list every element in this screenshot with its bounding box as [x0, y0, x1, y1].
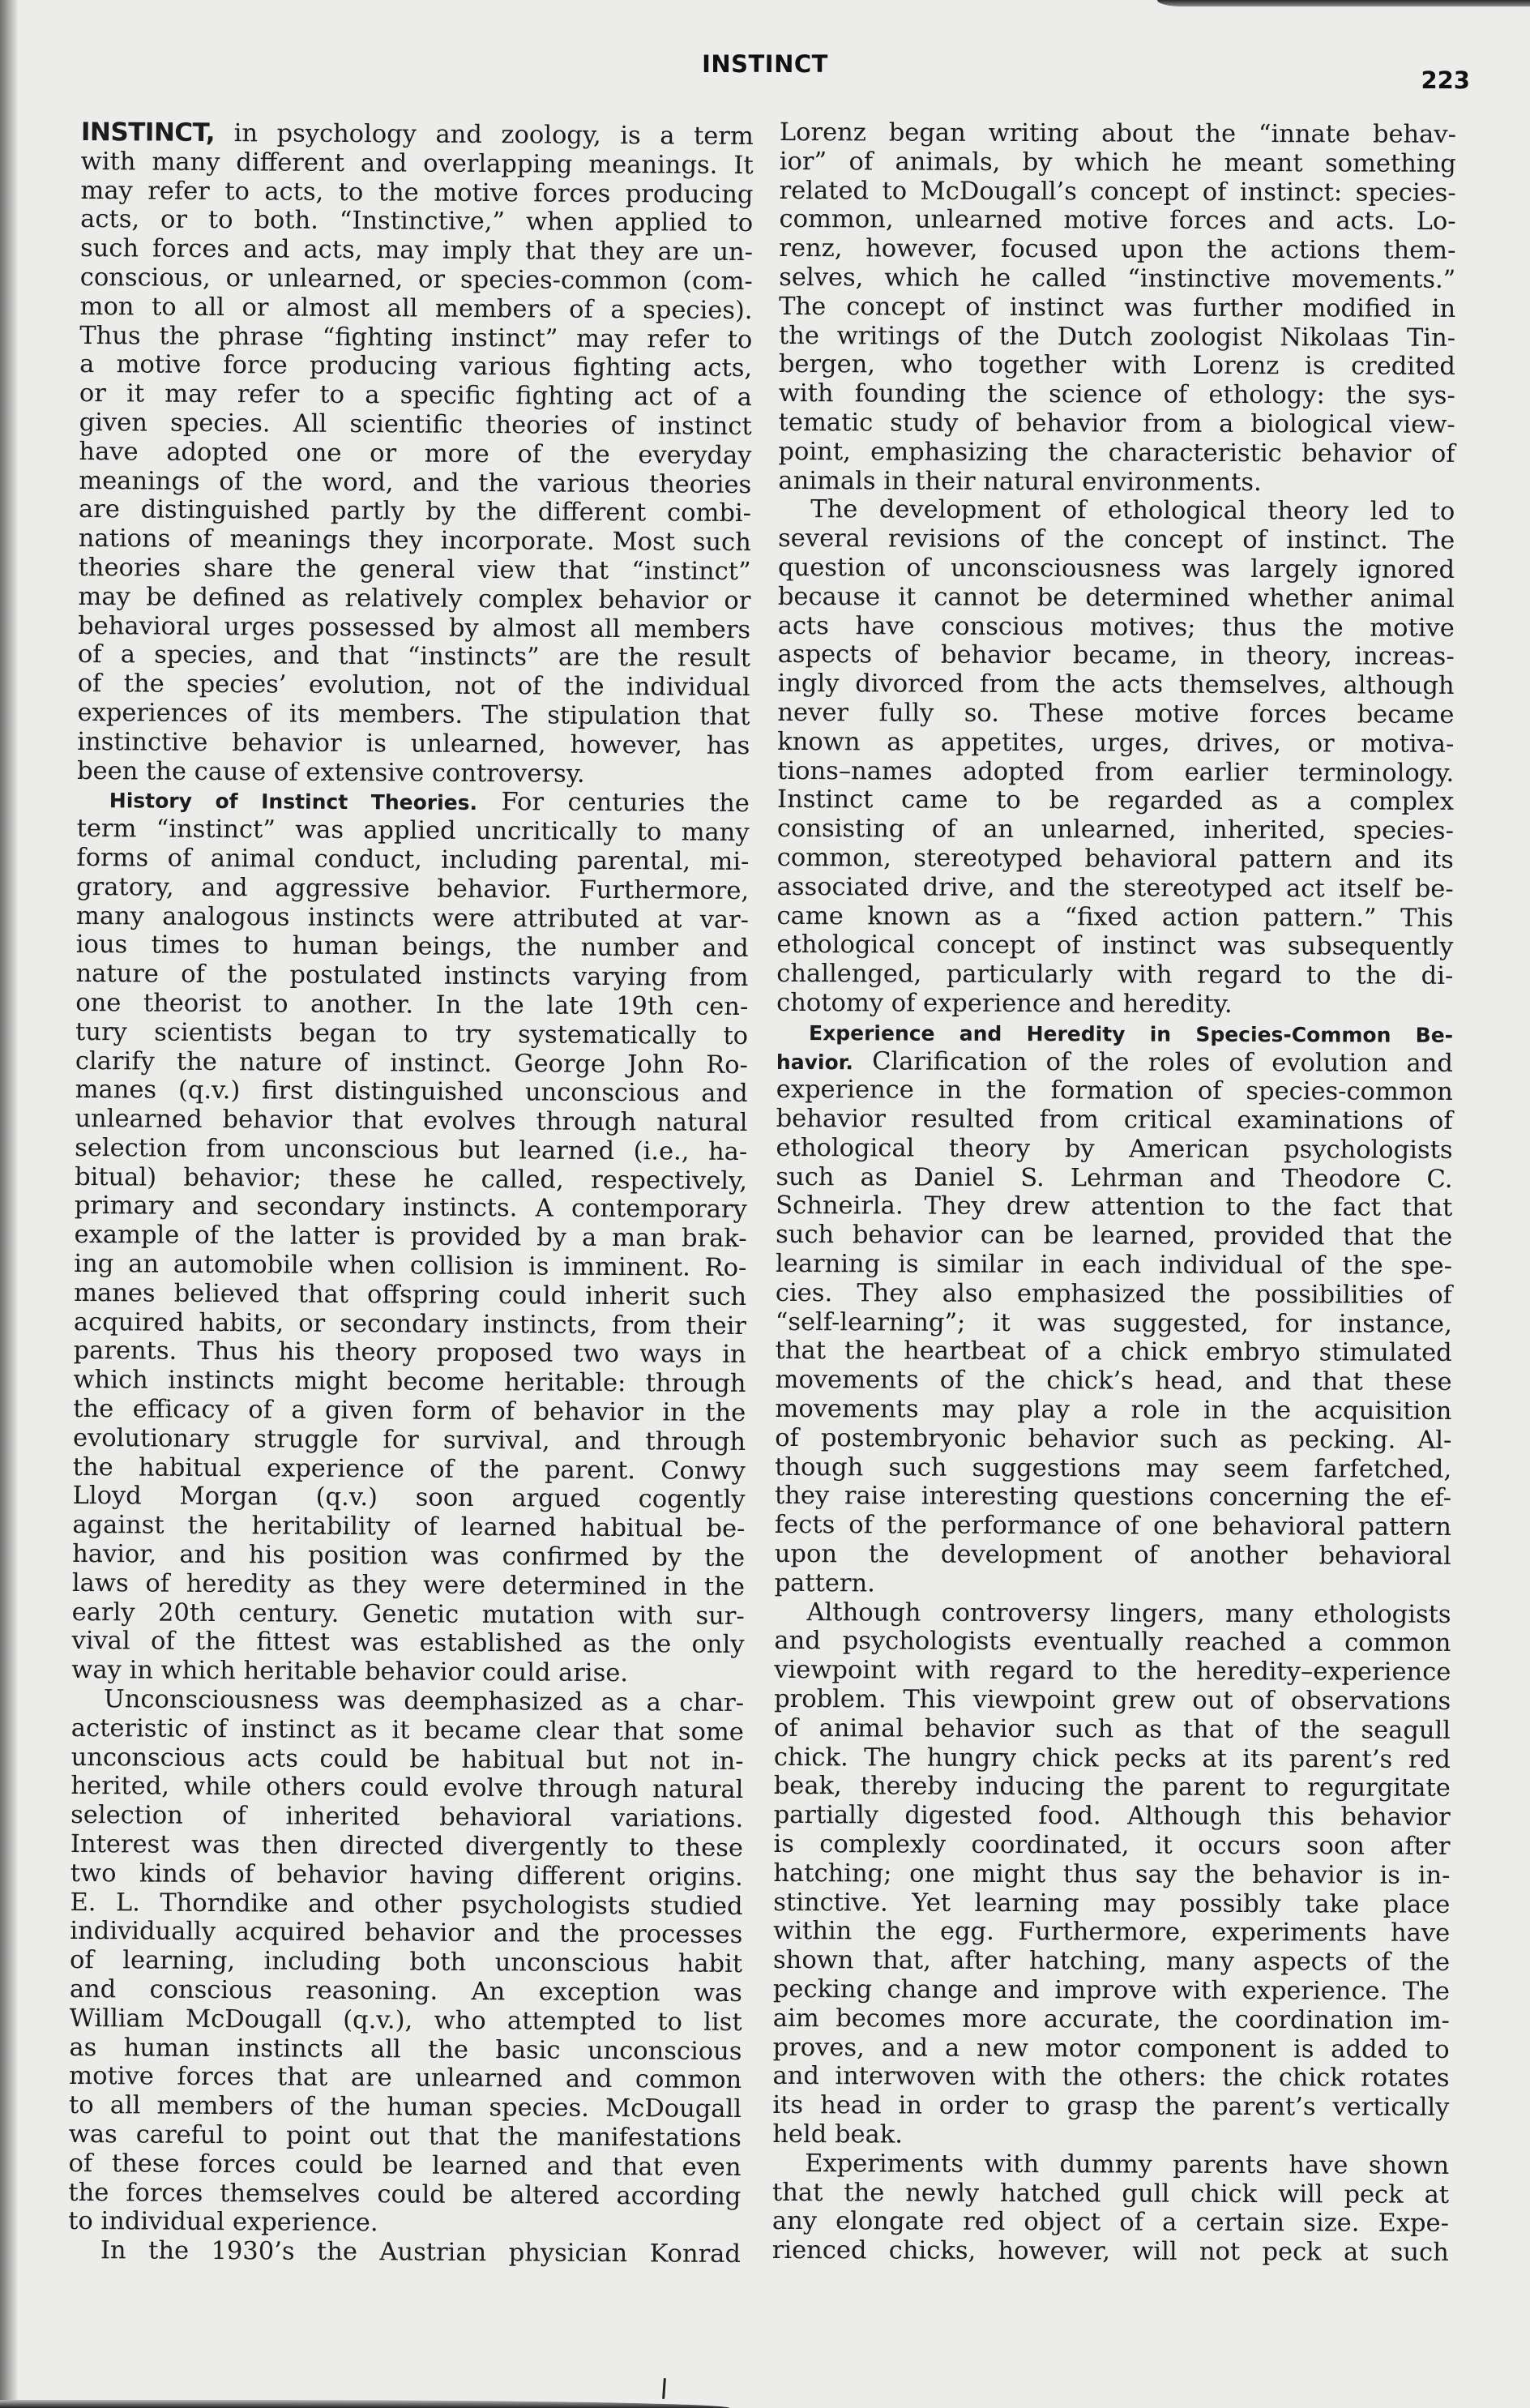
line-text: Interest was then directed divergently t… [71, 1830, 743, 1863]
text-line: chick. The hungry chick pecks at its par… [774, 1743, 1451, 1775]
line-text: cies. They also emphasized the possibili… [776, 1279, 1452, 1310]
text-line: rienced chicks, however, will not peck a… [772, 2236, 1449, 2268]
text-line: movements may play a role in the acquisi… [775, 1395, 1451, 1426]
text-line: Experience and Heredity in Species-Commo… [776, 1018, 1453, 1050]
text-line: evolutionary struggle for survival, and … [73, 1424, 746, 1457]
text-line: Thus the phrase “fighting instinct” may … [79, 322, 752, 355]
text-line: behavior resulted from critical examinat… [776, 1105, 1453, 1136]
text-line: forms of animal conduct, including paren… [76, 844, 749, 877]
text-line: stinctive. Yet learning may possibly tak… [773, 1888, 1450, 1920]
line-text: Lloyd Morgan (q.v.) soon argued cogently [73, 1482, 746, 1514]
text-line: may be defined as relatively complex beh… [78, 583, 750, 616]
line-text: consisting of an unlearned, inherited, s… [777, 815, 1454, 845]
line-text: came known as a “fixed action pattern.” … [777, 902, 1454, 933]
text-line: that the newly hatched gull chick will p… [772, 2179, 1449, 2210]
text-line: animals in their natural environments. [778, 467, 1455, 498]
line-text: In the 1930’s the Austrian physician Kon… [100, 2236, 741, 2269]
text-line: are distinguished partly by the differen… [79, 495, 751, 528]
text-line: tematic study of behavior from a biologi… [779, 408, 1455, 440]
line-text: common, stereotyped behavioral pattern a… [777, 844, 1454, 875]
section-subheading: havior. [776, 1050, 853, 1073]
line-text: hatching; one might thus say the behavio… [773, 1859, 1450, 1890]
line-text: of the species’ evolution, not of the in… [78, 669, 750, 702]
text-line: Although controversy lingers, many ethol… [775, 1598, 1451, 1630]
text-line: of postembryonic behavior such as peckin… [775, 1424, 1451, 1456]
line-text: fects of the performance of one behavior… [775, 1511, 1451, 1542]
line-text: many analogous instincts were attributed… [76, 901, 749, 934]
line-text: instinctive behavior is unlearned, howev… [77, 728, 750, 760]
text-line: learning is similar in each individual o… [776, 1250, 1452, 1281]
text-line: common, unlearned motive forces and acts… [780, 205, 1456, 237]
line-text: example of the latter is provided by a m… [74, 1221, 746, 1253]
line-text: proves, and a new motor component is add… [773, 2034, 1450, 2064]
text-line: aspects of behavior became, in theory, i… [778, 640, 1455, 672]
text-line: manes (q.v.) first distinguished unconsc… [75, 1076, 748, 1109]
text-line: instinctive behavior is unlearned, howev… [77, 728, 750, 761]
line-text: any elongate red object of a certain siz… [772, 2207, 1449, 2238]
text-line: nature of the postulated instincts varyi… [75, 960, 748, 993]
left-column: INSTINCT, in psychology and zoology, is … [68, 118, 754, 2269]
line-text: acts have conscious motives; thus the mo… [778, 612, 1455, 643]
line-text: never fully so. These motive forces beca… [777, 699, 1454, 729]
text-line: Unconsciousness was deemphasized as a ch… [71, 1685, 744, 1718]
text-line: because it cannot be determined whether … [778, 583, 1455, 614]
text-line: laws of heredity as they were determined… [72, 1569, 745, 1602]
line-text: havior, and his position was confirmed b… [72, 1540, 745, 1572]
line-text: which instincts might become heritable: … [73, 1366, 746, 1398]
line-text: way in which heritable behavior could ar… [71, 1656, 628, 1687]
line-text: of these forces could be learned and tha… [68, 2149, 741, 2182]
line-text: experience in the formation of species-c… [776, 1076, 1453, 1106]
line-text: shown that, after hatching, many aspects… [773, 1946, 1450, 1977]
text-line: problem. This viewpoint grew out of obse… [774, 1685, 1451, 1717]
line-text: the forces themselves could be altered a… [68, 2179, 741, 2211]
text-line: of a species, and that “instincts” are t… [78, 640, 750, 674]
text-line: conscious, or unlearned, or species-comm… [80, 263, 753, 297]
text-line: selves, which he called “instinctive mov… [779, 263, 1455, 295]
text-line: ingly divorced from the acts themselves,… [778, 669, 1455, 701]
text-line: renz, however, focused upon the actions … [779, 234, 1455, 266]
text-line: partially digested food. Although this b… [774, 1801, 1451, 1833]
line-text: aspects of behavior became, in theory, i… [778, 640, 1455, 671]
text-line: its head in order to grasp the parent’s … [772, 2091, 1449, 2123]
line-text: early 20th century. Genetic mutation wit… [72, 1598, 745, 1631]
line-text: in psychology and zoology, is a term [215, 119, 754, 151]
text-line: pecking change and improve with experien… [773, 1975, 1450, 2007]
text-line: nations of meanings they incorporate. Mo… [79, 524, 751, 558]
text-line: The concept of instinct was further modi… [779, 293, 1455, 324]
line-text: of postembryonic behavior such as peckin… [775, 1424, 1451, 1455]
line-text: such as Daniel S. Lehrman and Theodore C… [776, 1163, 1452, 1194]
text-line: such as Daniel S. Lehrman and Theodore C… [776, 1163, 1452, 1195]
line-text: renz, however, focused upon the actions … [779, 234, 1455, 265]
text-line: experience in the formation of species-c… [776, 1076, 1453, 1107]
line-text: ethological theory by American psycholog… [776, 1134, 1453, 1165]
text-line: such forces and acts, may imply that the… [80, 234, 753, 267]
text-line: ing an automobile when collision is immi… [74, 1250, 746, 1283]
text-line: given species. All scientific theories o… [79, 408, 752, 442]
page-number: 223 [1421, 66, 1470, 94]
text-line: Instinct came to be regarded as a comple… [777, 785, 1454, 817]
line-text: experiences of its members. The stipulat… [77, 699, 750, 731]
line-text: conscious, or unlearned, or species-comm… [80, 263, 753, 296]
text-line: of these forces could be learned and tha… [68, 2149, 741, 2183]
text-line: hatching; one might thus say the behavio… [773, 1859, 1450, 1891]
text-line: related to McDougall’s concept of instin… [780, 177, 1456, 208]
line-text: bergen, who together with Lorenz is cred… [779, 350, 1455, 381]
line-text: though such suggestions may seem farfetc… [775, 1453, 1451, 1484]
line-text: unconscious acts could be habitual but n… [71, 1743, 744, 1776]
line-text: The concept of instinct was further modi… [779, 293, 1455, 323]
text-line: example of the latter is provided by a m… [74, 1221, 746, 1254]
text-line: behavioral urges possessed by almost all… [78, 612, 750, 645]
line-text: rienced chicks, however, will not peck a… [772, 2236, 1449, 2267]
text-line: tions–names adopted from earlier termino… [777, 757, 1454, 789]
text-line: theories share the general view that “in… [79, 554, 751, 587]
line-text: nature of the postulated instincts varyi… [75, 960, 748, 992]
line-text: against the heritability of learned habi… [72, 1511, 745, 1543]
line-text: as human instincts all the basic unconsc… [69, 2034, 741, 2066]
line-text: and interwoven with the others: the chic… [773, 2062, 1450, 2093]
text-line: consisting of an unlearned, inherited, s… [777, 815, 1454, 846]
text-line: the forces themselves could be altered a… [68, 2179, 741, 2212]
text-line: to individual experience. [68, 2207, 741, 2240]
text-line: with founding the science of ethology: t… [779, 379, 1455, 411]
line-text: Although controversy lingers, many ethol… [807, 1598, 1451, 1629]
line-text: selection from unconscious but learned (… [75, 1134, 747, 1166]
line-text: problem. This viewpoint grew out of obse… [774, 1685, 1451, 1716]
text-line: selection of inherited behavioral variat… [71, 1801, 743, 1834]
line-text: they raise interesting questions concern… [775, 1482, 1451, 1512]
text-line: In the 1930’s the Austrian physician Kon… [68, 2236, 741, 2269]
line-text: nations of meanings they incorporate. Mo… [79, 524, 751, 557]
line-text: and psychologists eventually reached a c… [774, 1627, 1451, 1657]
line-text: are distinguished partly by the differen… [79, 495, 751, 528]
running-head: INSTINCT [0, 50, 1530, 78]
line-text: Unconsciousness was deemphasized as a ch… [104, 1685, 744, 1717]
line-text: upon the development of another behavior… [775, 1540, 1451, 1571]
text-line: of animal behavior such as that of the s… [774, 1714, 1451, 1746]
line-text: Schneirla. They drew attention to the fa… [776, 1191, 1452, 1222]
text-line: Lloyd Morgan (q.v.) soon argued cogently [73, 1482, 746, 1515]
text-line: fects of the performance of one behavior… [775, 1511, 1451, 1542]
text-line: may refer to acts, to the motive forces … [80, 177, 753, 210]
line-text: ethological concept of instinct was subs… [776, 930, 1453, 961]
text-line: beak, thereby inducing the parent to reg… [774, 1772, 1451, 1803]
line-text: behavior resulted from critical examinat… [776, 1105, 1453, 1136]
text-line: point, emphasizing the characteristic be… [779, 438, 1455, 469]
text-line: held beak. [772, 2120, 1449, 2152]
line-text: evolutionary struggle for survival, and … [73, 1424, 746, 1456]
text-line: bitual) behavior; these he called, respe… [75, 1163, 747, 1196]
text-line: acts, or to both. “Instinctive,” when ap… [80, 205, 753, 238]
text-line: way in which heritable behavior could ar… [71, 1656, 744, 1689]
text-line: meanings of the word, and the various th… [79, 467, 751, 500]
line-text: vival of the fittest was established as … [71, 1627, 744, 1659]
text-line: The development of ethological theory le… [778, 495, 1455, 527]
text-line: manes believed that offspring could inhe… [74, 1279, 746, 1312]
line-text: herited, while others could evolve throu… [71, 1772, 743, 1804]
line-text: aim becomes more accurate, the coordinat… [773, 2004, 1450, 2035]
line-text: The development of ethological theory le… [810, 495, 1455, 526]
text-line: selection from unconscious but learned (… [75, 1134, 747, 1167]
line-text: is complexly coordinated, it occurs soon… [774, 1830, 1451, 1861]
text-line: within the egg. Furthermore, experiments… [773, 1917, 1450, 1948]
line-text: within the egg. Furthermore, experiments… [773, 1917, 1450, 1948]
line-text: laws of heredity as they were determined… [72, 1569, 745, 1602]
text-line: shown that, after hatching, many aspects… [773, 1946, 1450, 1978]
line-text: associated drive, and the stereotyped ac… [777, 873, 1454, 904]
text-line: herited, while others could evolve throu… [71, 1772, 743, 1805]
text-line: been the cause of extensive controversy. [77, 757, 750, 790]
line-text: have adopted one or more of the everyday [79, 438, 751, 470]
text-line: havior, and his position was confirmed b… [72, 1540, 745, 1573]
text-line: known as appetites, urges, drives, or mo… [777, 728, 1454, 759]
section-subheading: Experience and Heredity in Species-Commo… [809, 1021, 1453, 1047]
line-text: primary and secondary instincts. A conte… [75, 1191, 747, 1224]
line-text: ing an automobile when collision is immi… [74, 1250, 746, 1282]
line-text: Thus the phrase “fighting instinct” may … [79, 322, 752, 354]
text-line: parents. Thus his theory proposed two wa… [74, 1337, 746, 1370]
line-text: tury scientists began to try systematica… [75, 1018, 748, 1050]
text-line: cies. They also emphasized the possibili… [776, 1279, 1452, 1311]
line-text: the habitual experience of the parent. C… [73, 1453, 746, 1486]
text-line: acteristic of instinct as it became clea… [71, 1714, 744, 1747]
text-line: gratory, and aggressive behavior. Furthe… [76, 873, 749, 906]
line-text: several revisions of the concept of inst… [778, 524, 1455, 555]
text-line: “self-learning”; it was suggested, for i… [776, 1308, 1452, 1340]
text-line: several revisions of the concept of inst… [778, 524, 1455, 556]
text-line: though such suggestions may seem farfetc… [775, 1453, 1451, 1485]
line-text: clarify the nature of instinct. George J… [75, 1046, 748, 1079]
text-line: ethological theory by American psycholog… [776, 1134, 1453, 1166]
text-line: movements of the chick’s head, and that … [776, 1366, 1452, 1397]
line-text: and conscious reasoning. An exception wa… [70, 1975, 742, 2008]
text-line: primary and secondary instincts. A conte… [75, 1191, 747, 1225]
text-line: question of unconsciousness was largely … [778, 554, 1455, 585]
line-text: viewpoint with regard to the heredity–ex… [774, 1656, 1451, 1687]
line-text: because it cannot be determined whether … [778, 583, 1455, 614]
line-text: For centuries the [477, 788, 750, 818]
text-line: Experiments with dummy parents have show… [772, 2149, 1449, 2181]
text-line: two kinds of behavior having different o… [71, 1859, 743, 1893]
text-line: aim becomes more accurate, the coordinat… [773, 2004, 1450, 2036]
line-text: manes (q.v.) first distinguished unconsc… [75, 1076, 748, 1108]
text-line: against the heritability of learned habi… [72, 1511, 745, 1544]
line-text: beak, thereby inducing the parent to reg… [774, 1772, 1451, 1803]
line-text: meanings of the word, and the various th… [79, 467, 751, 499]
text-line: any elongate red object of a certain siz… [772, 2207, 1449, 2239]
line-text: pattern. [775, 1569, 875, 1597]
page-edge-bottom [0, 2400, 729, 2408]
text-line: proves, and a new motor component is add… [773, 2034, 1450, 2065]
line-text: tematic study of behavior from a biologi… [779, 408, 1455, 439]
line-text: acteristic of instinct as it became clea… [71, 1714, 744, 1747]
text-line: INSTINCT, in psychology and zoology, is … [81, 118, 754, 152]
line-text: the efficacy of a given form of behavior… [73, 1395, 746, 1427]
line-text: may be defined as relatively complex beh… [78, 583, 750, 615]
line-text: movements of the chick’s head, and that … [776, 1366, 1452, 1396]
text-line: the efficacy of a given form of behavior… [73, 1395, 746, 1428]
line-text: its head in order to grasp the parent’s … [772, 2091, 1449, 2122]
line-text: two kinds of behavior having different o… [71, 1859, 743, 1892]
text-line: to all members of the human species. McD… [69, 2091, 741, 2124]
text-line: ious times to human beings, the number a… [76, 930, 749, 964]
text-line: ior” of animals, by which he meant somet… [780, 148, 1456, 179]
line-text: “self-learning”; it was suggested, for i… [776, 1308, 1452, 1339]
line-text: Lorenz began writing about the “innate b… [780, 118, 1456, 149]
text-line: and conscious reasoning. An exception wa… [70, 1975, 742, 2008]
text-line: term “instinct” was applied uncritically… [77, 815, 750, 848]
text-line: acts have conscious motives; thus the mo… [778, 612, 1455, 644]
line-text: been the cause of extensive controversy. [77, 757, 585, 789]
line-text: that the heartbeat of a chick embryo sti… [776, 1337, 1452, 1367]
page-gutter-shadow [0, 0, 18, 2408]
line-text: challenged, particularly with regard to … [776, 960, 1453, 990]
line-text: such behavior can be learned, provided t… [776, 1221, 1452, 1251]
line-text: parents. Thus his theory proposed two wa… [74, 1337, 746, 1369]
text-line: of learning, including both unconscious … [70, 1946, 742, 1979]
text-line: such behavior can be learned, provided t… [776, 1221, 1452, 1252]
line-text: of animal behavior such as that of the s… [774, 1714, 1451, 1745]
text-line: one theorist to another. In the late 19t… [75, 989, 748, 1022]
text-line: a motive force producing various fightin… [79, 350, 752, 383]
line-text: ious times to human beings, the number a… [76, 930, 749, 963]
line-text: chotomy of experience and heredity. [776, 989, 1232, 1019]
text-line: the habitual experience of the parent. C… [73, 1453, 746, 1486]
page-edge-top [1157, 0, 1530, 6]
line-text: bitual) behavior; these he called, respe… [75, 1163, 747, 1195]
text-line: Lorenz began writing about the “innate b… [780, 118, 1456, 150]
line-text: point, emphasizing the characteristic be… [779, 438, 1455, 468]
line-text: theories share the general view that “in… [79, 554, 751, 586]
text-line: or it may refer to a specific fighting a… [79, 379, 752, 413]
section-subheading: History of Instinct Theories. [109, 789, 477, 815]
text-line: unlearned behavior that evolves through … [75, 1105, 747, 1138]
line-text: acts, or to both. “Instinctive,” when ap… [80, 205, 753, 237]
text-line: was careful to point out that the manife… [69, 2120, 741, 2154]
line-text: mon to all or almost all members of a sp… [79, 293, 752, 325]
text-line: viewpoint with regard to the heredity–ex… [774, 1656, 1451, 1687]
text-line: unconscious acts could be habitual but n… [71, 1743, 744, 1777]
line-text: selection of inherited behavioral variat… [71, 1801, 743, 1833]
text-line: vival of the fittest was established as … [71, 1627, 744, 1660]
right-column: Lorenz began writing about the “innate b… [772, 118, 1456, 2268]
line-text: held beak. [772, 2120, 903, 2149]
text-line: acquired habits, or secondary instincts,… [74, 1308, 746, 1341]
line-text: stinctive. Yet learning may possibly tak… [773, 1888, 1450, 1919]
line-text: Experiments with dummy parents have show… [805, 2149, 1449, 2180]
scan-speck [662, 2378, 666, 2399]
text-line: E. L. Thorndike and other psychologists … [70, 1888, 742, 1922]
text-line: that the heartbeat of a chick embryo sti… [776, 1337, 1452, 1368]
line-text: of a species, and that “instincts” are t… [78, 640, 750, 673]
text-line: never fully so. These motive forces beca… [777, 699, 1454, 730]
text-line: pattern. [775, 1569, 1451, 1601]
line-text: to all members of the human species. McD… [69, 2091, 741, 2124]
line-text: unlearned behavior that evolves through … [75, 1105, 747, 1137]
line-text: learning is similar in each individual o… [776, 1250, 1452, 1281]
text-line: Interest was then directed divergently t… [71, 1830, 743, 1863]
text-line: with many different and overlapping mean… [81, 148, 754, 181]
text-line: bergen, who together with Lorenz is cred… [779, 350, 1455, 382]
text-line: many analogous instincts were attributed… [76, 901, 749, 935]
line-text: manes believed that offspring could inhe… [74, 1279, 746, 1311]
line-text: one theorist to another. In the late 19t… [75, 989, 748, 1021]
line-text: may refer to acts, to the motive forces … [80, 177, 753, 209]
line-text: of learning, including both unconscious … [70, 1946, 742, 1978]
line-text: acquired habits, or secondary instincts,… [74, 1308, 746, 1341]
line-text: ior” of animals, by which he meant somet… [780, 148, 1456, 178]
line-text: the writings of the Dutch zoologist Niko… [779, 322, 1455, 353]
line-text: partially digested food. Although this b… [774, 1801, 1451, 1832]
text-line: upon the development of another behavior… [775, 1540, 1451, 1572]
line-text: or it may refer to a specific fighting a… [79, 379, 752, 412]
line-text: Clarification of the roles of evolution … [853, 1047, 1453, 1078]
text-line: ethological concept of instinct was subs… [776, 930, 1453, 962]
text-line: tury scientists began to try systematica… [75, 1018, 748, 1051]
text-line: have adopted one or more of the everyday [79, 438, 751, 471]
line-text: with many different and overlapping mean… [81, 148, 754, 180]
line-text: behavioral urges possessed by almost all… [78, 612, 750, 644]
text-line: is complexly coordinated, it occurs soon… [774, 1830, 1451, 1862]
line-text: tions–names adopted from earlier termino… [777, 757, 1454, 788]
line-text: pecking change and improve with experien… [773, 1975, 1450, 2006]
text-line: William McDougall (q.v.), who attempted … [70, 2004, 742, 2038]
text-line: havior. Clarification of the roles of ev… [776, 1046, 1453, 1078]
text-line: associated drive, and the stereotyped ac… [777, 873, 1454, 905]
text-line: of the species’ evolution, not of the in… [78, 669, 750, 703]
text-line: they raise interesting questions concern… [775, 1482, 1451, 1513]
text-line: History of Instinct Theories. For centur… [77, 785, 750, 819]
line-text: such forces and acts, may imply that the… [80, 234, 753, 267]
text-line: which instincts might become heritable: … [73, 1366, 746, 1399]
line-text: animals in their natural environments. [778, 467, 1261, 497]
entry-headword: INSTINCT, [81, 118, 215, 148]
line-text: chick. The hungry chick pecks at its par… [774, 1743, 1451, 1774]
line-text: common, unlearned motive forces and acts… [780, 205, 1456, 236]
text-line: came known as a “fixed action pattern.” … [777, 902, 1454, 934]
line-text: William McDougall (q.v.), who attempted … [70, 2004, 742, 2037]
line-text: ingly divorced from the acts themselves,… [778, 669, 1455, 700]
line-text: related to McDougall’s concept of instin… [780, 177, 1456, 207]
text-line: the writings of the Dutch zoologist Niko… [779, 322, 1455, 353]
text-line: as human instincts all the basic unconsc… [69, 2034, 741, 2067]
line-text: individually acquired behavior and the p… [70, 1917, 742, 1949]
text-line: chotomy of experience and heredity. [776, 989, 1453, 1020]
line-text: forms of animal conduct, including paren… [76, 844, 749, 876]
line-text: gratory, and aggressive behavior. Furthe… [76, 873, 749, 905]
text-line: individually acquired behavior and the p… [70, 1917, 742, 1950]
text-line: experiences of its members. The stipulat… [77, 699, 750, 732]
text-line: and psychologists eventually reached a c… [774, 1627, 1451, 1658]
text-line: motive forces that are unlearned and com… [69, 2062, 741, 2095]
line-text: with founding the science of ethology: t… [779, 379, 1455, 410]
text-line: challenged, particularly with regard to … [776, 960, 1453, 991]
line-text: Instinct came to be regarded as a comple… [777, 785, 1454, 816]
text-line: early 20th century. Genetic mutation wit… [72, 1598, 745, 1632]
text-line: mon to all or almost all members of a sp… [79, 293, 752, 326]
text-line: and interwoven with the others: the chic… [773, 2062, 1450, 2094]
text-line: common, stereotyped behavioral pattern a… [777, 844, 1454, 875]
line-text: given species. All scientific theories o… [79, 408, 752, 441]
line-text: movements may play a role in the acquisi… [775, 1395, 1451, 1426]
line-text: question of unconsciousness was largely … [778, 554, 1455, 584]
line-text: motive forces that are unlearned and com… [69, 2062, 741, 2094]
line-text: to individual experience. [68, 2207, 378, 2237]
line-text: that the newly hatched gull chick will p… [772, 2179, 1449, 2209]
line-text: E. L. Thorndike and other psychologists … [70, 1888, 742, 1921]
